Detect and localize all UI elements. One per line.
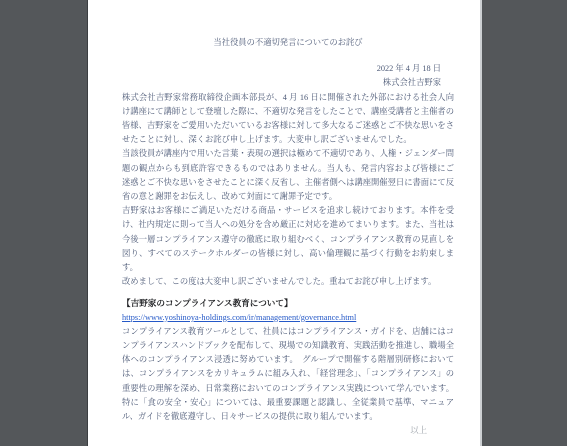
closing-text: 以上 — [122, 424, 427, 438]
document-content: 当社役員の不適切発言についてのお詫び 2022 年 4 月 18 日 株式会社吉… — [88, 0, 480, 438]
document-date: 2022 年 4 月 18 日 — [122, 62, 441, 76]
document-title: 当社役員の不適切発言についてのお詫び — [122, 36, 454, 50]
governance-link[interactable]: https://www.yoshinoya-holdings.com/ir/ma… — [122, 311, 356, 325]
document-page: 当社役員の不適切発言についてのお詫び 2022 年 4 月 18 日 株式会社吉… — [87, 0, 482, 446]
apology-paragraph-2: 当該役員が講座内で用いた言葉・表現の選択は極めて不適切であり、人権・ジェンダー問… — [122, 147, 454, 204]
apology-paragraph-1: 株式会社吉野家常務取締役企画本部長が、4 月 16 日に開催された外部における社… — [122, 91, 454, 148]
company-name: 株式会社吉野家 — [122, 76, 441, 90]
document-meta: 2022 年 4 月 18 日 株式会社吉野家 — [122, 62, 441, 90]
compliance-section-heading: 【吉野家のコンプライアンス教育について】 — [122, 296, 454, 310]
apology-paragraph-4: 改めまして、この度は大変申し訳ございませんでした。重ねてお詫び申し上げます。 — [122, 275, 454, 289]
viewer-background: { "colors":{ "text":"#4d5a77", "heading"… — [0, 0, 567, 446]
compliance-paragraph: コンプライアンス教育ツールとして、社員にはコンプライアンス・ガイドを、店舗にはコ… — [122, 325, 454, 424]
governance-link-row: https://www.yoshinoya-holdings.com/ir/ma… — [122, 311, 454, 325]
apology-paragraph-3: 吉野家はお客様にご満足いただける商品・サービスを追求し続けております。本件を受け… — [122, 204, 454, 275]
